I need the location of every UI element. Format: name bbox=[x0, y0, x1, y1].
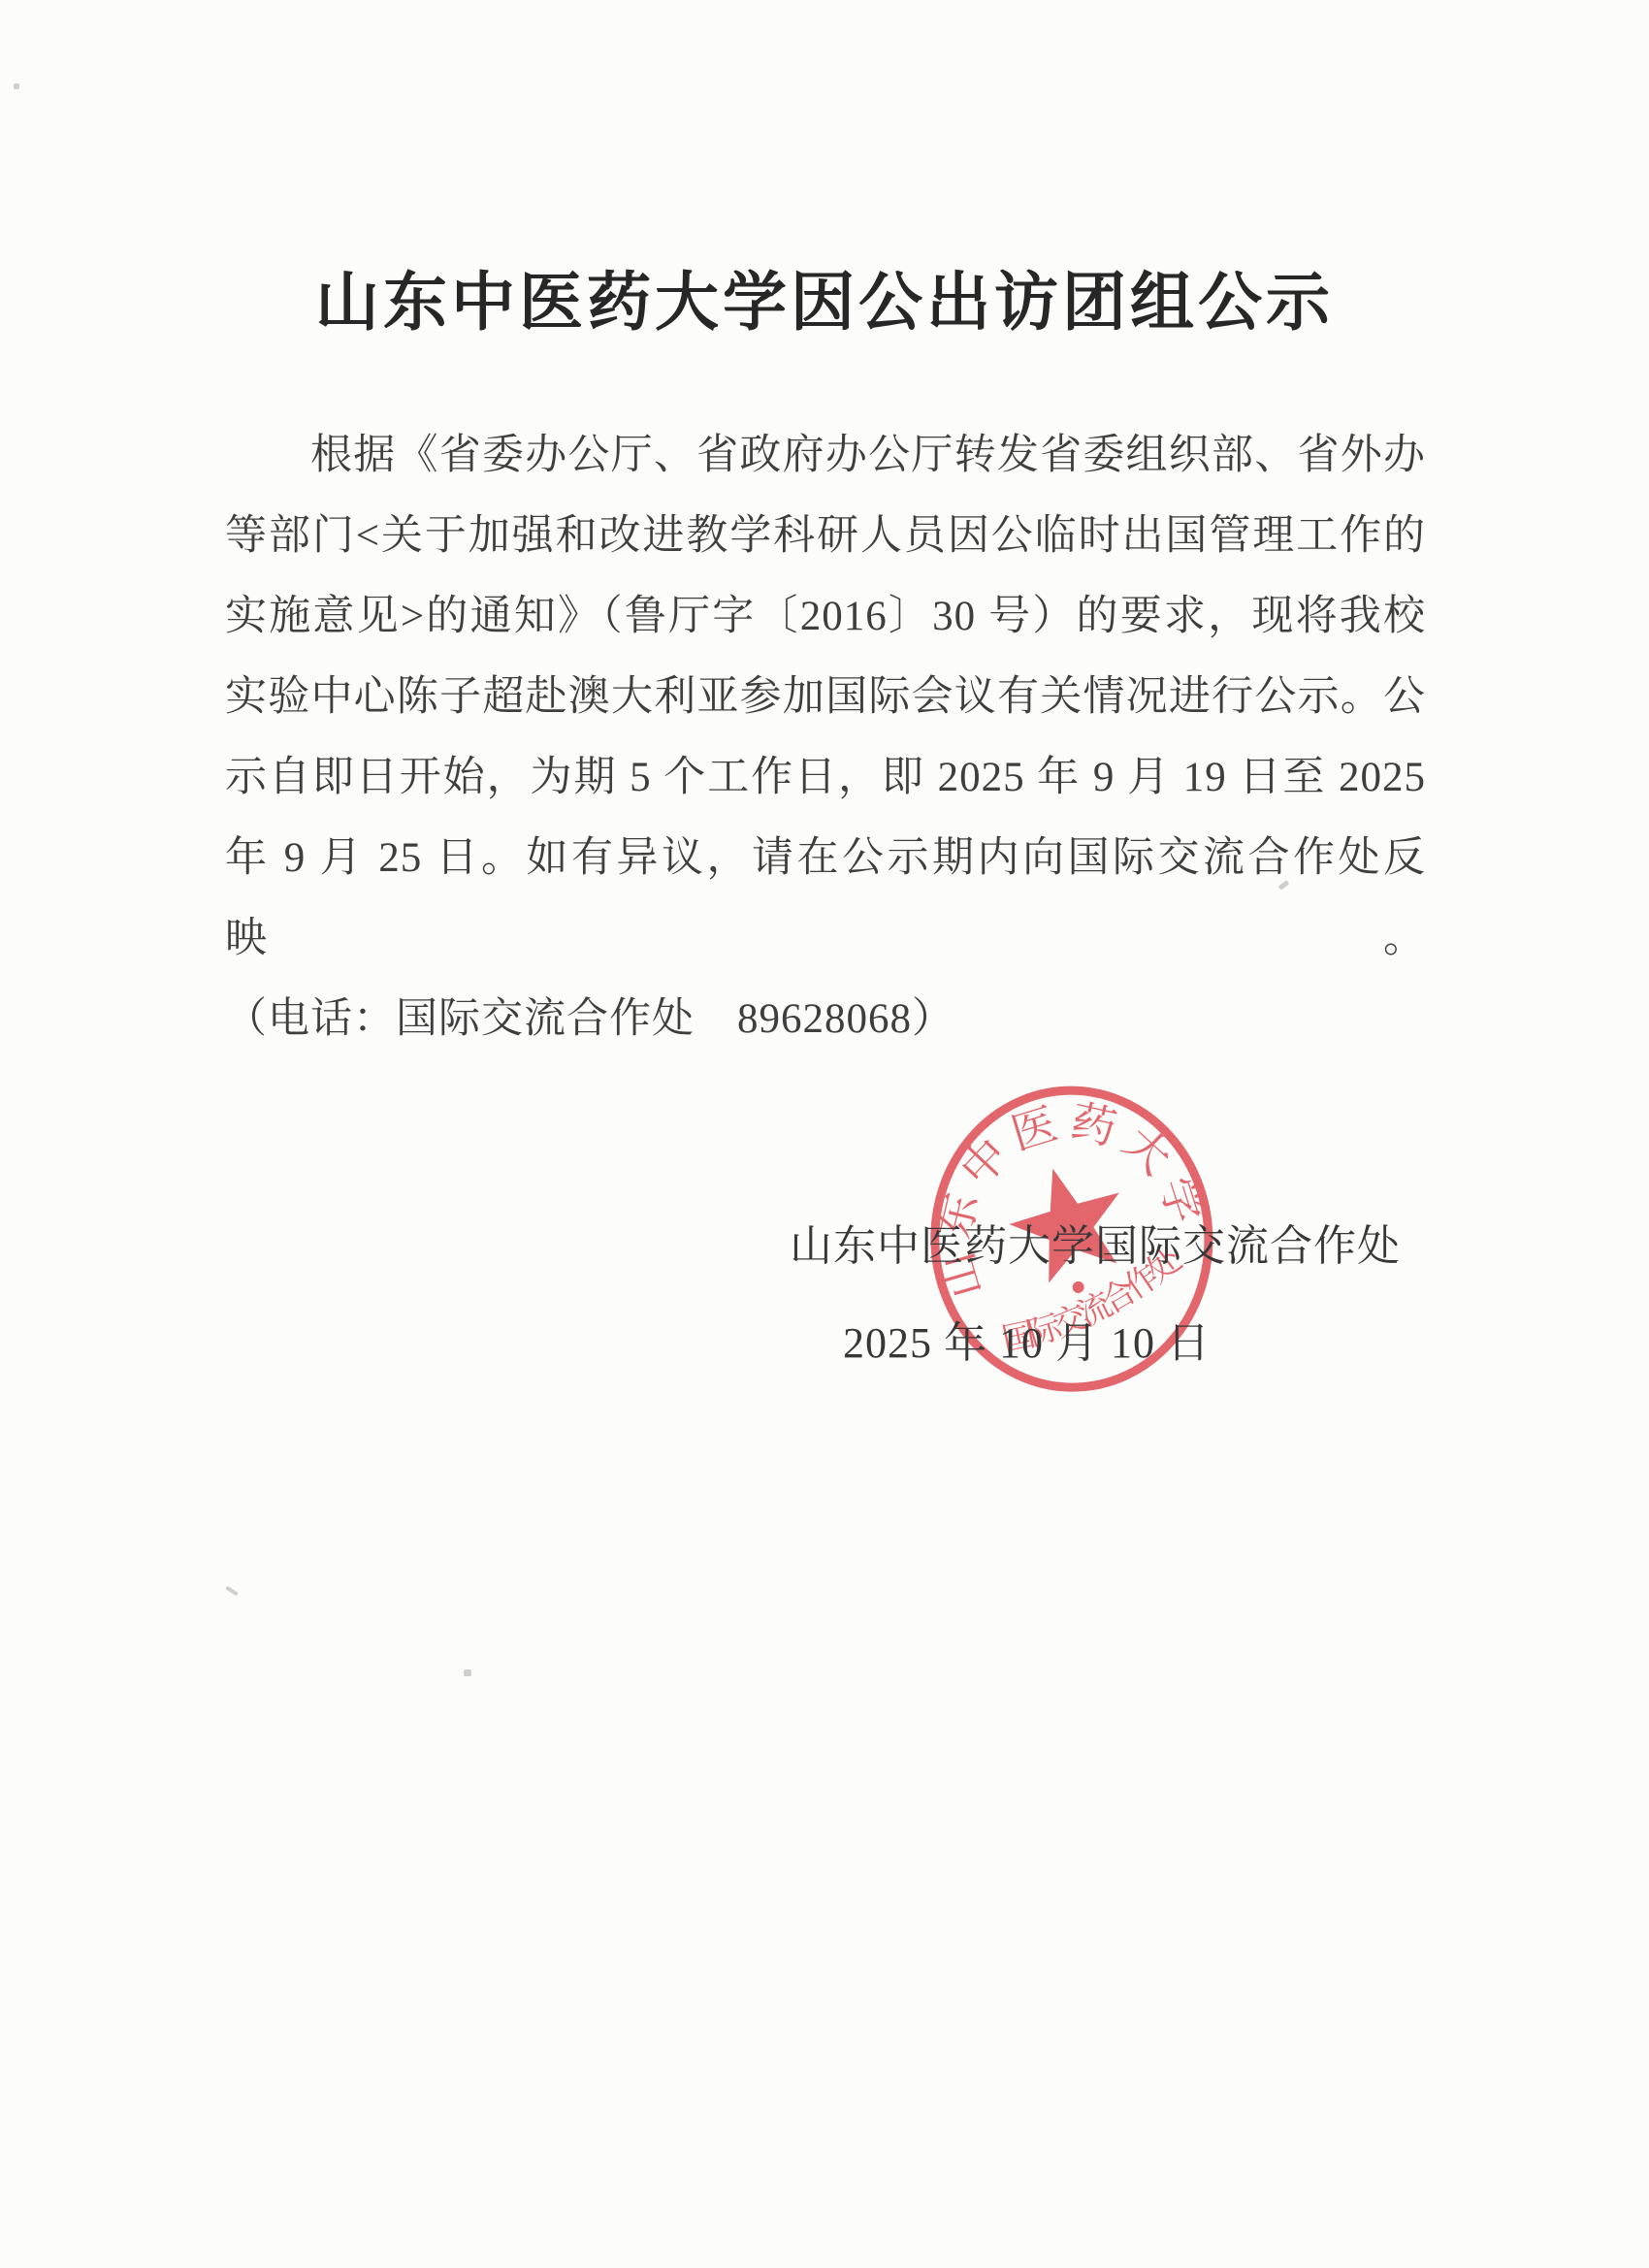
body-line: 年 9 月 25 日。如有异议，请在公示期内向国际交流合作处反映。 bbox=[225, 818, 1426, 979]
signature-line: 山东中医药大学国际交流合作处 bbox=[790, 1211, 1401, 1273]
body-line: 实验中心陈子超赴澳大利亚参加国际会议有关情况进行公示。公 bbox=[225, 657, 1426, 737]
body-line: （电话：国际交流合作处 89628068） bbox=[225, 979, 1426, 1059]
seal-center-dot bbox=[1072, 1281, 1083, 1293]
date-line: 2025 年 10 月 10 日 bbox=[843, 1308, 1211, 1370]
scan-artifact bbox=[225, 1586, 239, 1597]
body-line: 根据《省委办公厅、省政府办公厅转发省委组织部、省外办 bbox=[225, 415, 1426, 496]
scan-artifact bbox=[464, 1669, 471, 1676]
document-body: 根据《省委办公厅、省政府办公厅转发省委组织部、省外办 等部门<关于加强和改进教学… bbox=[225, 415, 1426, 1059]
scanned-document-page: 山东中医药大学因公出访团组公示 根据《省委办公厅、省政府办公厅转发省委组织部、省… bbox=[0, 0, 1649, 2268]
body-line: 实施意见>的通知》（鲁厅字〔2016〕30 号）的要求，现将我校 bbox=[225, 576, 1426, 657]
body-line: 示自即日开始，为期 5 个工作日，即 2025 年 9 月 19 日至 2025 bbox=[225, 737, 1426, 818]
body-line: 等部门<关于加强和改进教学科研人员因公临时出国管理工作的 bbox=[225, 496, 1426, 576]
scan-artifact bbox=[14, 83, 19, 89]
document-title: 山东中医药大学因公出访团组公示 bbox=[0, 250, 1649, 342]
